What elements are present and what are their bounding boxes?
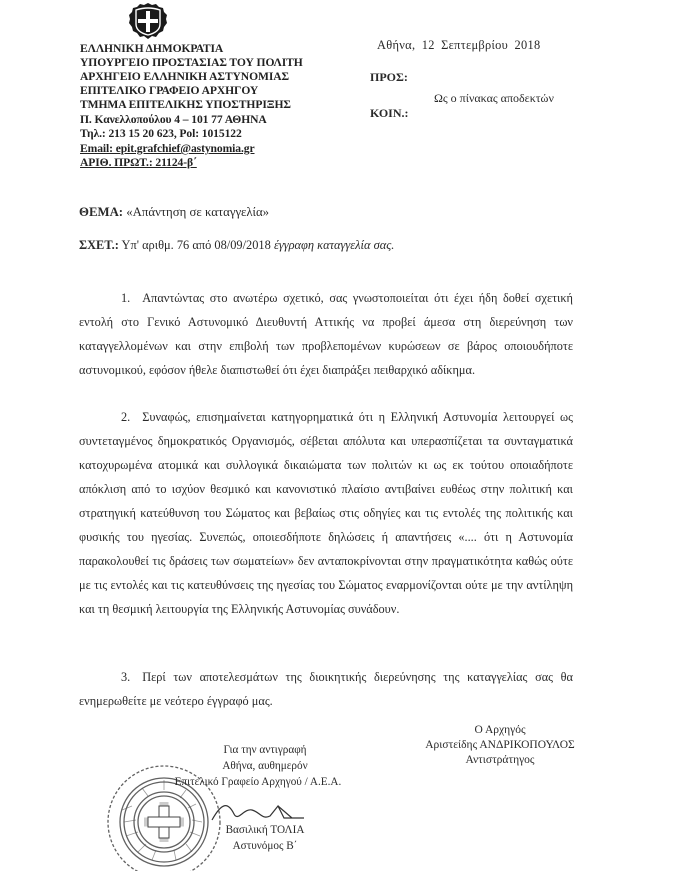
paragraph-number: 1.	[121, 291, 130, 305]
paragraph-text: Περί των αποτελεσμάτων της διοικητικής δ…	[79, 670, 573, 708]
reference-text: Υπ' αριθμ. 76 από 08/09/2018	[122, 238, 271, 252]
recipients: Ως ο πίνακας αποδεκτών	[434, 91, 554, 106]
paragraph-1: 1.Απαντώντας στο ανωτέρω σχετικό, σας γν…	[79, 286, 573, 382]
copy-signer-rank: Αστυνόμος Β΄	[175, 838, 355, 854]
header-phone: Τηλ.: 213 15 20 623, Pol: 1015122	[80, 127, 242, 141]
header-line-ministry: ΥΠΟΥΡΓΕΙΟ ΠΡΟΣΤΑΣΙΑΣ ΤΟΥ ΠΟΛΙΤΗ	[80, 56, 303, 70]
header-line-hq: ΑΡΧΗΓΕΙΟ ΕΛΛΗΝΙΚΗ ΑΣΤΥΝΟΜΙΑΣ	[80, 70, 289, 84]
document-date: Αθήνα, 12 Σεπτεμβρίου 2018	[377, 38, 540, 53]
subject-line: ΘΕΜΑ: «Απάντηση σε καταγγελία»	[79, 205, 269, 220]
copy-signer-name: Βασιλική ΤΟΛΙΑ	[175, 822, 355, 838]
header-line-office: ΕΠΙΤΕΛΙΚΟ ΓΡΑΦΕΙΟ ΑΡΧΗΓΟΥ	[80, 84, 258, 98]
header-protocol-number: ΑΡΙΘ. ΠΡΩΤ.: 21124-β΄	[80, 156, 197, 170]
cc-label: ΚΟΙΝ.:	[370, 106, 408, 121]
header-address: Π. Κανελλοπούλου 4 – 101 77 ΑΘΗΝΑ	[80, 113, 267, 127]
reference-italic: έγγραφη καταγγελία σας.	[274, 238, 394, 252]
reference-line: ΣΧΕΤ.: Υπ' αριθμ. 76 από 08/09/2018 έγγρ…	[79, 238, 394, 253]
header-line-department: ΤΜΗΜΑ ΕΠΙΤΕΛΙΚΗΣ ΥΠΟΣΤΗΡΙΞΗΣ	[80, 98, 291, 112]
copy-label: Για την αντιγραφή	[175, 742, 355, 758]
copy-office: Επιτελικό Γραφείο Αρχηγού / Α.Ε.Α.	[161, 774, 355, 790]
subject-text: «Απάντηση σε καταγγελία»	[126, 205, 269, 219]
paragraph-number: 3.	[121, 670, 130, 684]
header-email[interactable]: Email: epit.grafchief@astynomia.gr	[80, 142, 255, 156]
copy-place-date: Αθήνα, αυθημερόν	[175, 758, 355, 774]
paragraph-3: 3.Περί των αποτελεσμάτων της διοικητικής…	[79, 665, 573, 713]
subject-label: ΘΕΜΑ:	[79, 205, 123, 219]
signature-block-copy: Για την αντιγραφή Αθήνα, αυθημερόν Επιτε…	[175, 742, 355, 854]
signature-rank: Αντιστράτηγος	[390, 753, 610, 768]
paragraph-2: 2.Συναφώς, επισημαίνεται κατηγορηματικά …	[79, 405, 573, 621]
to-label: ΠΡΟΣ:	[370, 70, 408, 85]
greek-coat-of-arms-icon	[128, 2, 168, 40]
header-line-republic: ΕΛΛΗΝΙΚΗ ΔΗΜΟΚΡΑΤΙΑ	[80, 42, 223, 56]
paragraph-text: Απαντώντας στο ανωτέρω σχετικό, σας γνωσ…	[79, 291, 573, 377]
paragraph-text: Συναφώς, επισημαίνεται κατηγορηματικά ότ…	[79, 410, 573, 616]
signature-gap	[175, 790, 355, 822]
signature-title: Ο Αρχηγός	[390, 723, 610, 738]
paragraph-number: 2.	[121, 410, 130, 424]
signature-block-chief: Ο Αρχηγός Αριστείδης ΑΝΔΡΙΚΟΠΟΥΛΟΣ Αντισ…	[390, 723, 610, 768]
signature-name: Αριστείδης ΑΝΔΡΙΚΟΠΟΥΛΟΣ	[390, 738, 610, 753]
reference-label: ΣΧΕΤ.:	[79, 238, 119, 252]
